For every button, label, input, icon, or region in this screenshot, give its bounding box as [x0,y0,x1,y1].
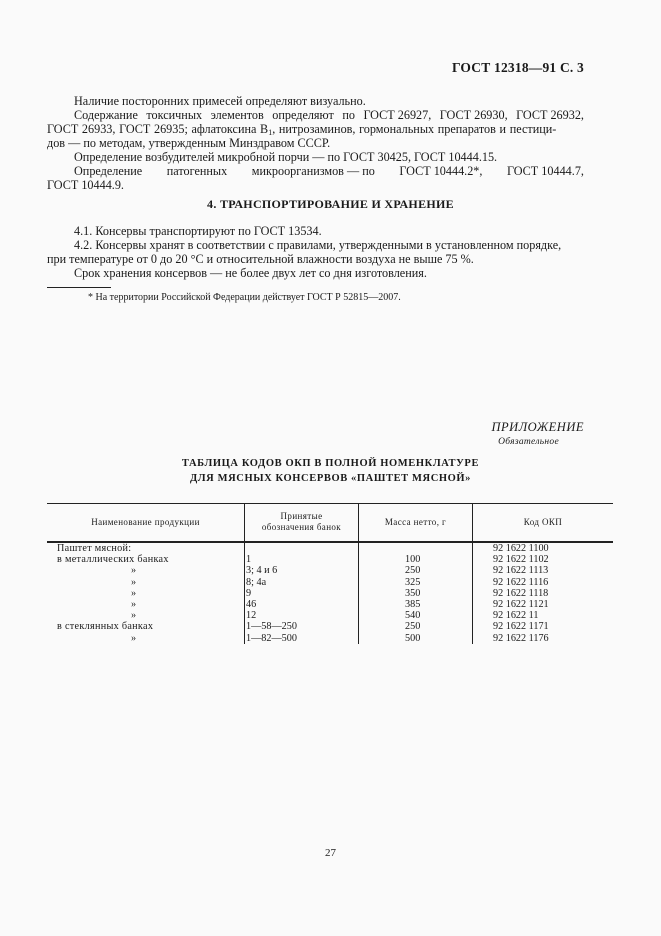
paragraph-toxic-line1: Содержание токсичных элементов определяю… [47,108,584,122]
cell-mass: 540 [405,610,420,621]
table-title-line1: ТАБЛИЦА КОДОВ ОКП В ПОЛНОЙ НОМЕНКЛАТУРЕ [0,456,661,471]
cell-can: 1—82—500 [246,633,297,644]
word: определяют [272,108,334,122]
cell-code: 92 1622 11 [493,610,538,621]
cell-mass: 385 [405,599,420,610]
paragraph-pathogens-line1: Определение патогенных микроорганизмов —… [47,164,584,178]
cell-mass: 350 [405,588,420,599]
table-row: в стеклянных банках 1—58—250 250 92 1622… [47,621,613,632]
cell-code: 92 1622 1118 [493,588,548,599]
table-title: ТАБЛИЦА КОДОВ ОКП В ПОЛНОЙ НОМЕНКЛАТУРЕ … [0,456,661,486]
paragraph-pathogens-line2: ГОСТ 10444.9. [47,178,584,192]
cell-code: 92 1622 1113 [493,565,548,576]
text-segment: , нитрозаминов, гормональных препаратов … [272,122,556,136]
appendix-subtitle: Обязательное [498,437,559,447]
cell-can: 12 [246,610,256,621]
cell-code: 92 1622 1176 [493,633,549,644]
table-row: » 8; 4а 325 92 1622 1116 [47,577,613,588]
gost-ref: ГОСТ 10444.2*, [399,164,482,178]
table-row: » 46 385 92 1622 1121 [47,599,613,610]
document-header: ГОСТ 12318—91 С. 3 [0,60,584,76]
column-header-okp-code: Код ОКП [473,503,613,541]
paragraph-toxic-line3: дов — по методам, утвержденным Минздраво… [47,136,584,150]
table-row: » 3; 4 и 6 250 92 1622 1113 [47,565,613,576]
cell-code: 92 1622 1171 [493,621,549,632]
cell-can: 9 [246,588,251,599]
cell-product-ditto: » [131,633,136,644]
word: элементов [211,108,264,122]
cell-code: 92 1622 1100 [493,543,549,554]
gost-ref: ГОСТ 26927, [363,108,431,122]
cell-code: 92 1622 1121 [493,599,549,610]
paragraph-toxic-line2: ГОСТ 26933, ГОСТ 26935; афлатоксина В1, … [47,122,584,136]
column-header-net-mass: Масса нетто, г [359,503,472,541]
word: Определение [74,164,142,178]
table-row: » 1—82—500 500 92 1622 1176 [47,633,613,644]
cell-can: 46 [246,599,256,610]
gost-ref: ГОСТ 26932, [516,108,584,122]
appendix-title: ПРИЛОЖЕНИЕ [492,420,584,435]
section3-paragraphs: Наличие посторонних примесей определяют … [47,94,584,192]
cell-code: 92 1622 1116 [493,577,548,588]
cell-product: в стеклянных банках [57,621,153,632]
table-body: Паштет мясной: 92 1622 1100 в металличес… [47,543,613,644]
gost-ref: ГОСТ 10444.7, [507,164,584,178]
cell-product-ditto: » [131,599,136,610]
table-row: » 9 350 92 1622 1118 [47,588,613,599]
cell-mass: 500 [405,633,420,644]
footnote: * На территории Российской Федерации дей… [88,292,401,303]
column-header-text: Принятые обозначения банок [257,511,347,533]
cell-mass: 325 [405,577,420,588]
paragraph-4-1: 4.1. Консервы транспортируют по ГОСТ 135… [47,224,584,238]
cell-product-ditto: » [131,610,136,621]
text-segment: ГОСТ 26933, ГОСТ 26935; афлатоксина В [47,122,268,136]
table-row: Паштет мясной: 92 1622 1100 [47,543,613,554]
cell-can: 1—58—250 [246,621,297,632]
paragraph-4-2-line2: при температуре от 0 до 20 °С и относите… [47,252,584,266]
paragraph-impurities: Наличие посторонних примесей определяют … [47,94,584,108]
cell-product: Паштет мясной: [57,543,131,554]
cell-mass: 250 [405,565,420,576]
paragraph-shelf-life: Срок хранения консервов — не более двух … [47,266,584,280]
footnote-divider [47,287,111,288]
gost-ref: ГОСТ 26930, [440,108,508,122]
cell-can: 3; 4 и 6 [246,565,277,576]
cell-mass: 100 [405,554,420,565]
cell-product: в металлических банках [57,554,169,565]
section4-paragraphs: 4.1. Консервы транспортируют по ГОСТ 135… [47,224,584,280]
table-row: в металлических банках 1 100 92 1622 110… [47,554,613,565]
word: микроорганизмов — по [252,164,375,178]
cell-product-ditto: » [131,577,136,588]
word: патогенных [167,164,227,178]
word: по [342,108,355,122]
column-header-can-designation: Принятые обозначения банок [245,503,358,541]
column-header-product: Наименование продукции [47,503,244,541]
cell-product-ditto: » [131,565,136,576]
cell-mass: 250 [405,621,420,632]
cell-code: 92 1622 1102 [493,554,549,565]
table-row: » 12 540 92 1622 11 [47,610,613,621]
word: Содержание [74,108,138,122]
table-title-line2: ДЛЯ МЯСНЫХ КОНСЕРВОВ «ПАШТЕТ МЯСНОЙ» [0,471,661,486]
cell-can: 1 [246,554,251,565]
word: токсичных [146,108,202,122]
section-title: 4. ТРАНСПОРТИРОВАНИЕ И ХРАНЕНИЕ [0,197,661,212]
paragraph-4-2-line1: 4.2. Консервы хранят в соответствии с пр… [47,238,584,252]
cell-product-ditto: » [131,588,136,599]
cell-can: 8; 4а [246,577,266,588]
paragraph-microbial-spoilage: Определение возбудителей микробной порчи… [47,150,584,164]
page-number: 27 [0,847,661,859]
